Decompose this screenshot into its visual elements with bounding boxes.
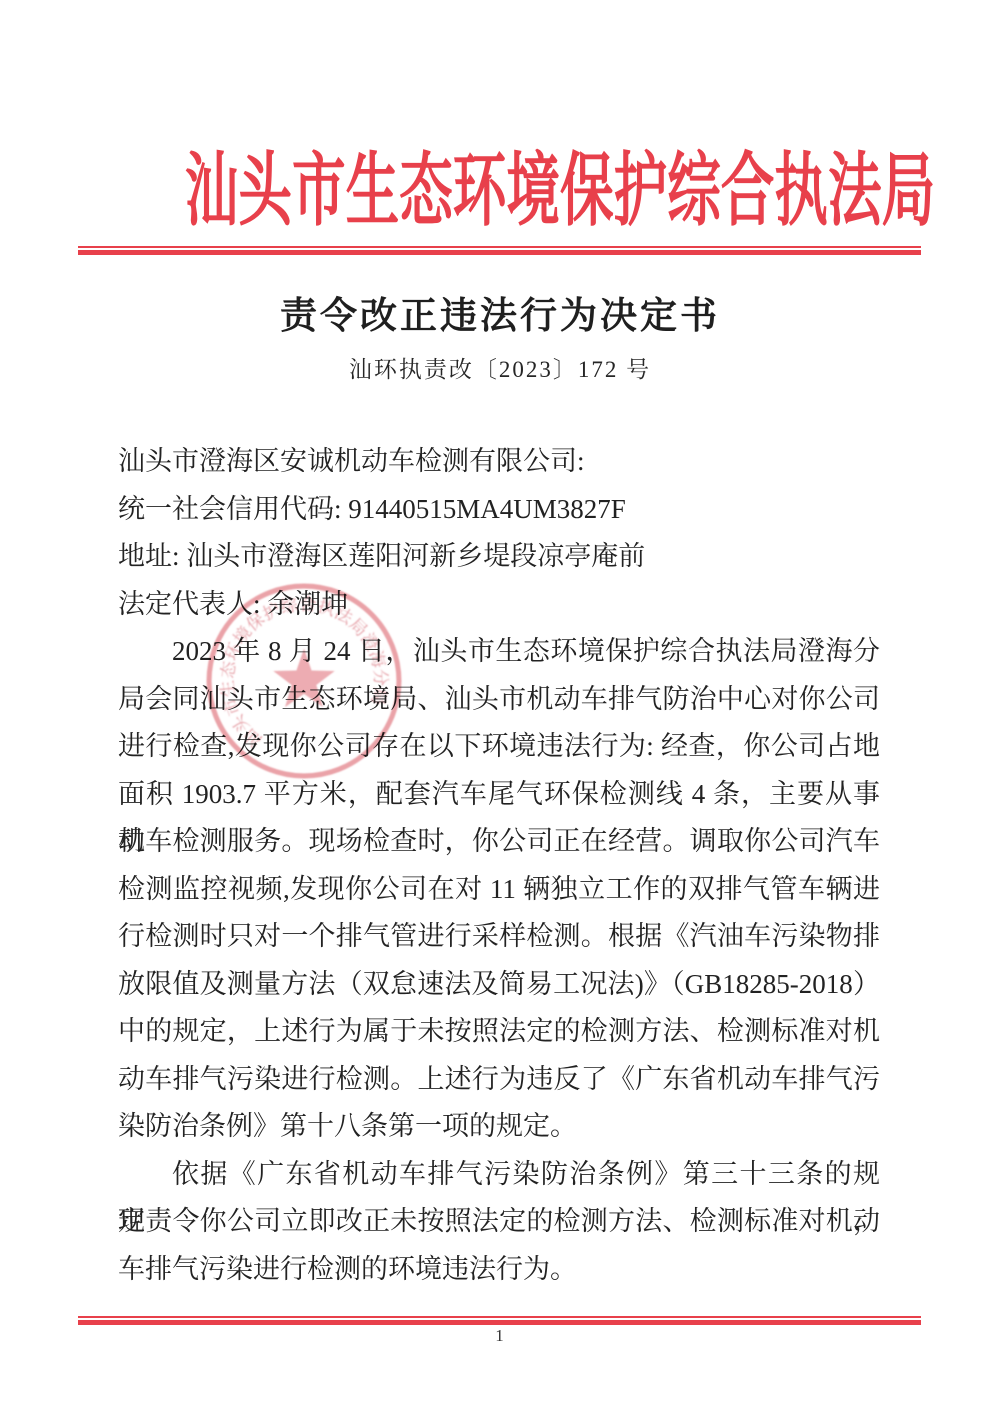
body-line: 车排气污染进行检测的环境违法行为。	[118, 1246, 880, 1294]
body-line: 动车检测服务。现场检查时，你公司正在经营。调取你公司汽车	[118, 818, 880, 866]
body-line: 进行检查,发现你公司存在以下环境违法行为: 经查，你公司占地	[118, 723, 880, 771]
document-body: 汕头市澄海区安诚机动车检测有限公司: 统一社会信用代码: 91440515MA4…	[118, 438, 880, 1293]
body-line: 依据《广东省机动车排气污染防治条例》第三十三条的规定，	[118, 1151, 880, 1199]
body-line-legal-rep: 法定代表人: 余潮坤	[118, 581, 880, 629]
rule-thick-line	[78, 1320, 921, 1325]
agency-masthead: 汕头市生态环境保护综合执法局	[0, 146, 1000, 238]
page-number: 1	[78, 1326, 921, 1346]
document-number: 汕环执责改〔2023〕172 号	[0, 354, 1000, 386]
body-line: 中的规定，上述行为属于未按照法定的检测方法、检测标准对机	[118, 1008, 880, 1056]
body-line: 行检测时只对一个排气管进行采样检测。根据《汽油车污染物排	[118, 913, 880, 961]
body-line-credit-code: 统一社会信用代码: 91440515MA4UM3827F	[118, 486, 880, 534]
body-line: 染防治条例》第十八条第一项的规定。	[118, 1103, 880, 1151]
body-line: 检测监控视频,发现你公司在对 11 辆独立工作的双排气管车辆进	[118, 866, 880, 914]
document-page: 汕头市生态环境保护综合执法局 责令改正违法行为决定书 汕环执责改〔2023〕17…	[0, 0, 1000, 1414]
body-line-company: 汕头市澄海区安诚机动车检测有限公司:	[118, 438, 880, 486]
body-line: 2023 年 8 月 24 日，汕头市生态环境保护综合执法局澄海分	[118, 628, 880, 676]
footer-divider-rule	[78, 1316, 921, 1325]
rule-thick-line	[78, 250, 921, 255]
body-line: 局会同汕头市生态环境局、汕头市机动车排气防治中心对你公司	[118, 676, 880, 724]
body-line: 面积 1903.7 平方米，配套汽车尾气环保检测线 4 条，主要从事机	[118, 771, 880, 819]
agency-masthead-text: 汕头市生态环境保护综合执法局	[185, 146, 935, 238]
body-line: 现责令你公司立即改正未按照法定的检测方法、检测标准对机动	[118, 1198, 880, 1246]
document-title: 责令改正违法行为决定书	[0, 294, 1000, 340]
body-line-address: 地址: 汕头市澄海区莲阳河新乡堤段凉亭庵前	[118, 533, 880, 581]
body-line: 动车排气污染进行检测。上述行为违反了《广东省机动车排气污	[118, 1056, 880, 1104]
body-line: 放限值及测量方法（双怠速法及简易工况法)》（GB18285-2018）	[118, 961, 880, 1009]
masthead-divider-rule	[78, 246, 921, 255]
